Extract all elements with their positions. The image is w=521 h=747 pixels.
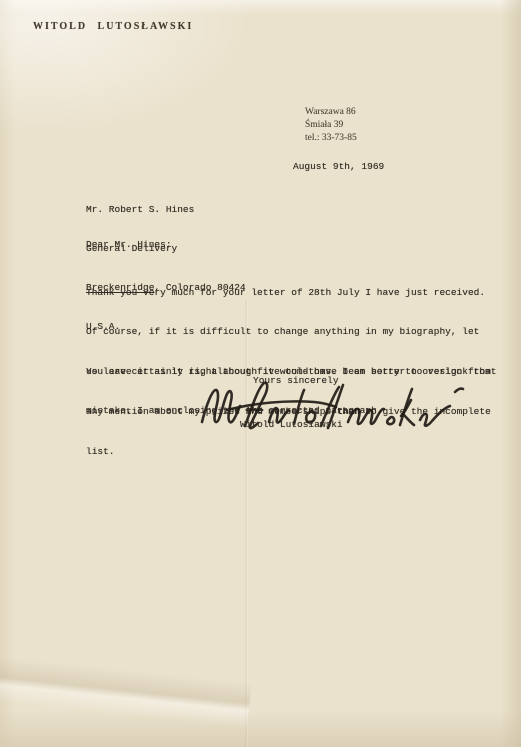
salutation: Dear Mr. Hines:: [86, 238, 172, 251]
diagonal-fold-crease: [0, 653, 252, 728]
body-line: list.: [86, 445, 491, 458]
date-line: August 9th, 1969: [293, 160, 384, 173]
recipient-name: Mr. Robert S. Hines: [86, 203, 246, 216]
sender-address-block: Warszawa 86 Śmiała 39 tel.: 33-73-85: [305, 106, 357, 145]
body-line: Thank you very much for your letter of 2…: [86, 286, 491, 299]
letter-page: WITOLD LUTOSŁAWSKI Warszawa 86 Śmiała 39…: [0, 0, 521, 747]
sender-street: Śmiała 39: [305, 119, 357, 132]
sender-city: Warszawa 86: [305, 106, 357, 119]
letterhead-name: WITOLD LUTOSŁAWSKI: [33, 21, 193, 32]
body-line: Of course, if it is difficult to change …: [86, 325, 491, 338]
sender-phone: tel.: 33-73-85: [305, 132, 357, 145]
typed-signature-name: Witold Lutosławski: [240, 418, 343, 431]
